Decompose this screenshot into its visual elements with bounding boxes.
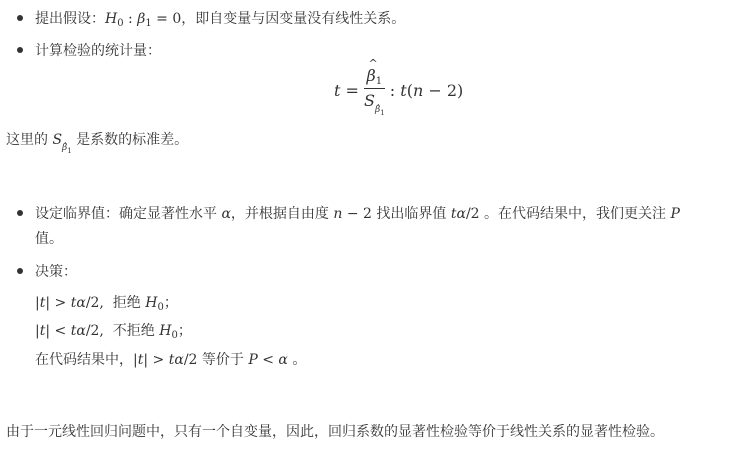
t-statistic-formula: t = β1 Sβ̂1 : t(n − 2)	[334, 66, 463, 117]
hypothesis-label: 提出假设：	[35, 11, 105, 27]
critical-value-line2: 值。	[35, 228, 63, 248]
se-prefix: 这里的	[6, 132, 48, 148]
decision-not-reject: |t| < tα/2, 不拒绝 H0；	[35, 320, 192, 341]
decision-label: 决策：	[35, 261, 77, 281]
decision-p-equivalence: 在代码结果中，|t| > tα/2 等价于 P < α 。	[35, 349, 306, 369]
se-suffix: 是系数的标准差。	[76, 132, 188, 148]
bullet-dot	[17, 47, 23, 53]
bullet-dot	[17, 210, 23, 216]
hypothesis-desc: ，即自变量与因变量没有线性关系。	[181, 11, 405, 27]
statistic-label: 计算检验的统计量：	[35, 40, 161, 60]
se-explanation: 这里的 Sβ̂1 是系数的标准差。	[6, 129, 188, 155]
conclusion-paragraph: 由于一元线性回归问题中，只有一个自变量，因此，回归系数的显著性检验等价于线性关系…	[6, 421, 664, 441]
null-hypothesis-math: H0 : β1 = 0	[105, 11, 181, 27]
decision-reject: |t| > tα/2, 拒绝 H0；	[35, 292, 178, 313]
bullet-dot	[17, 268, 23, 274]
critical-value-line: 设定临界值：确定显著性水平 α，并根据自由度 n − 2 找出临界值 tα/2 …	[35, 203, 680, 223]
hypothesis-line: 提出假设：H0 : β1 = 0，即自变量与因变量没有线性关系。	[35, 8, 405, 29]
bullet-dot	[17, 15, 23, 21]
